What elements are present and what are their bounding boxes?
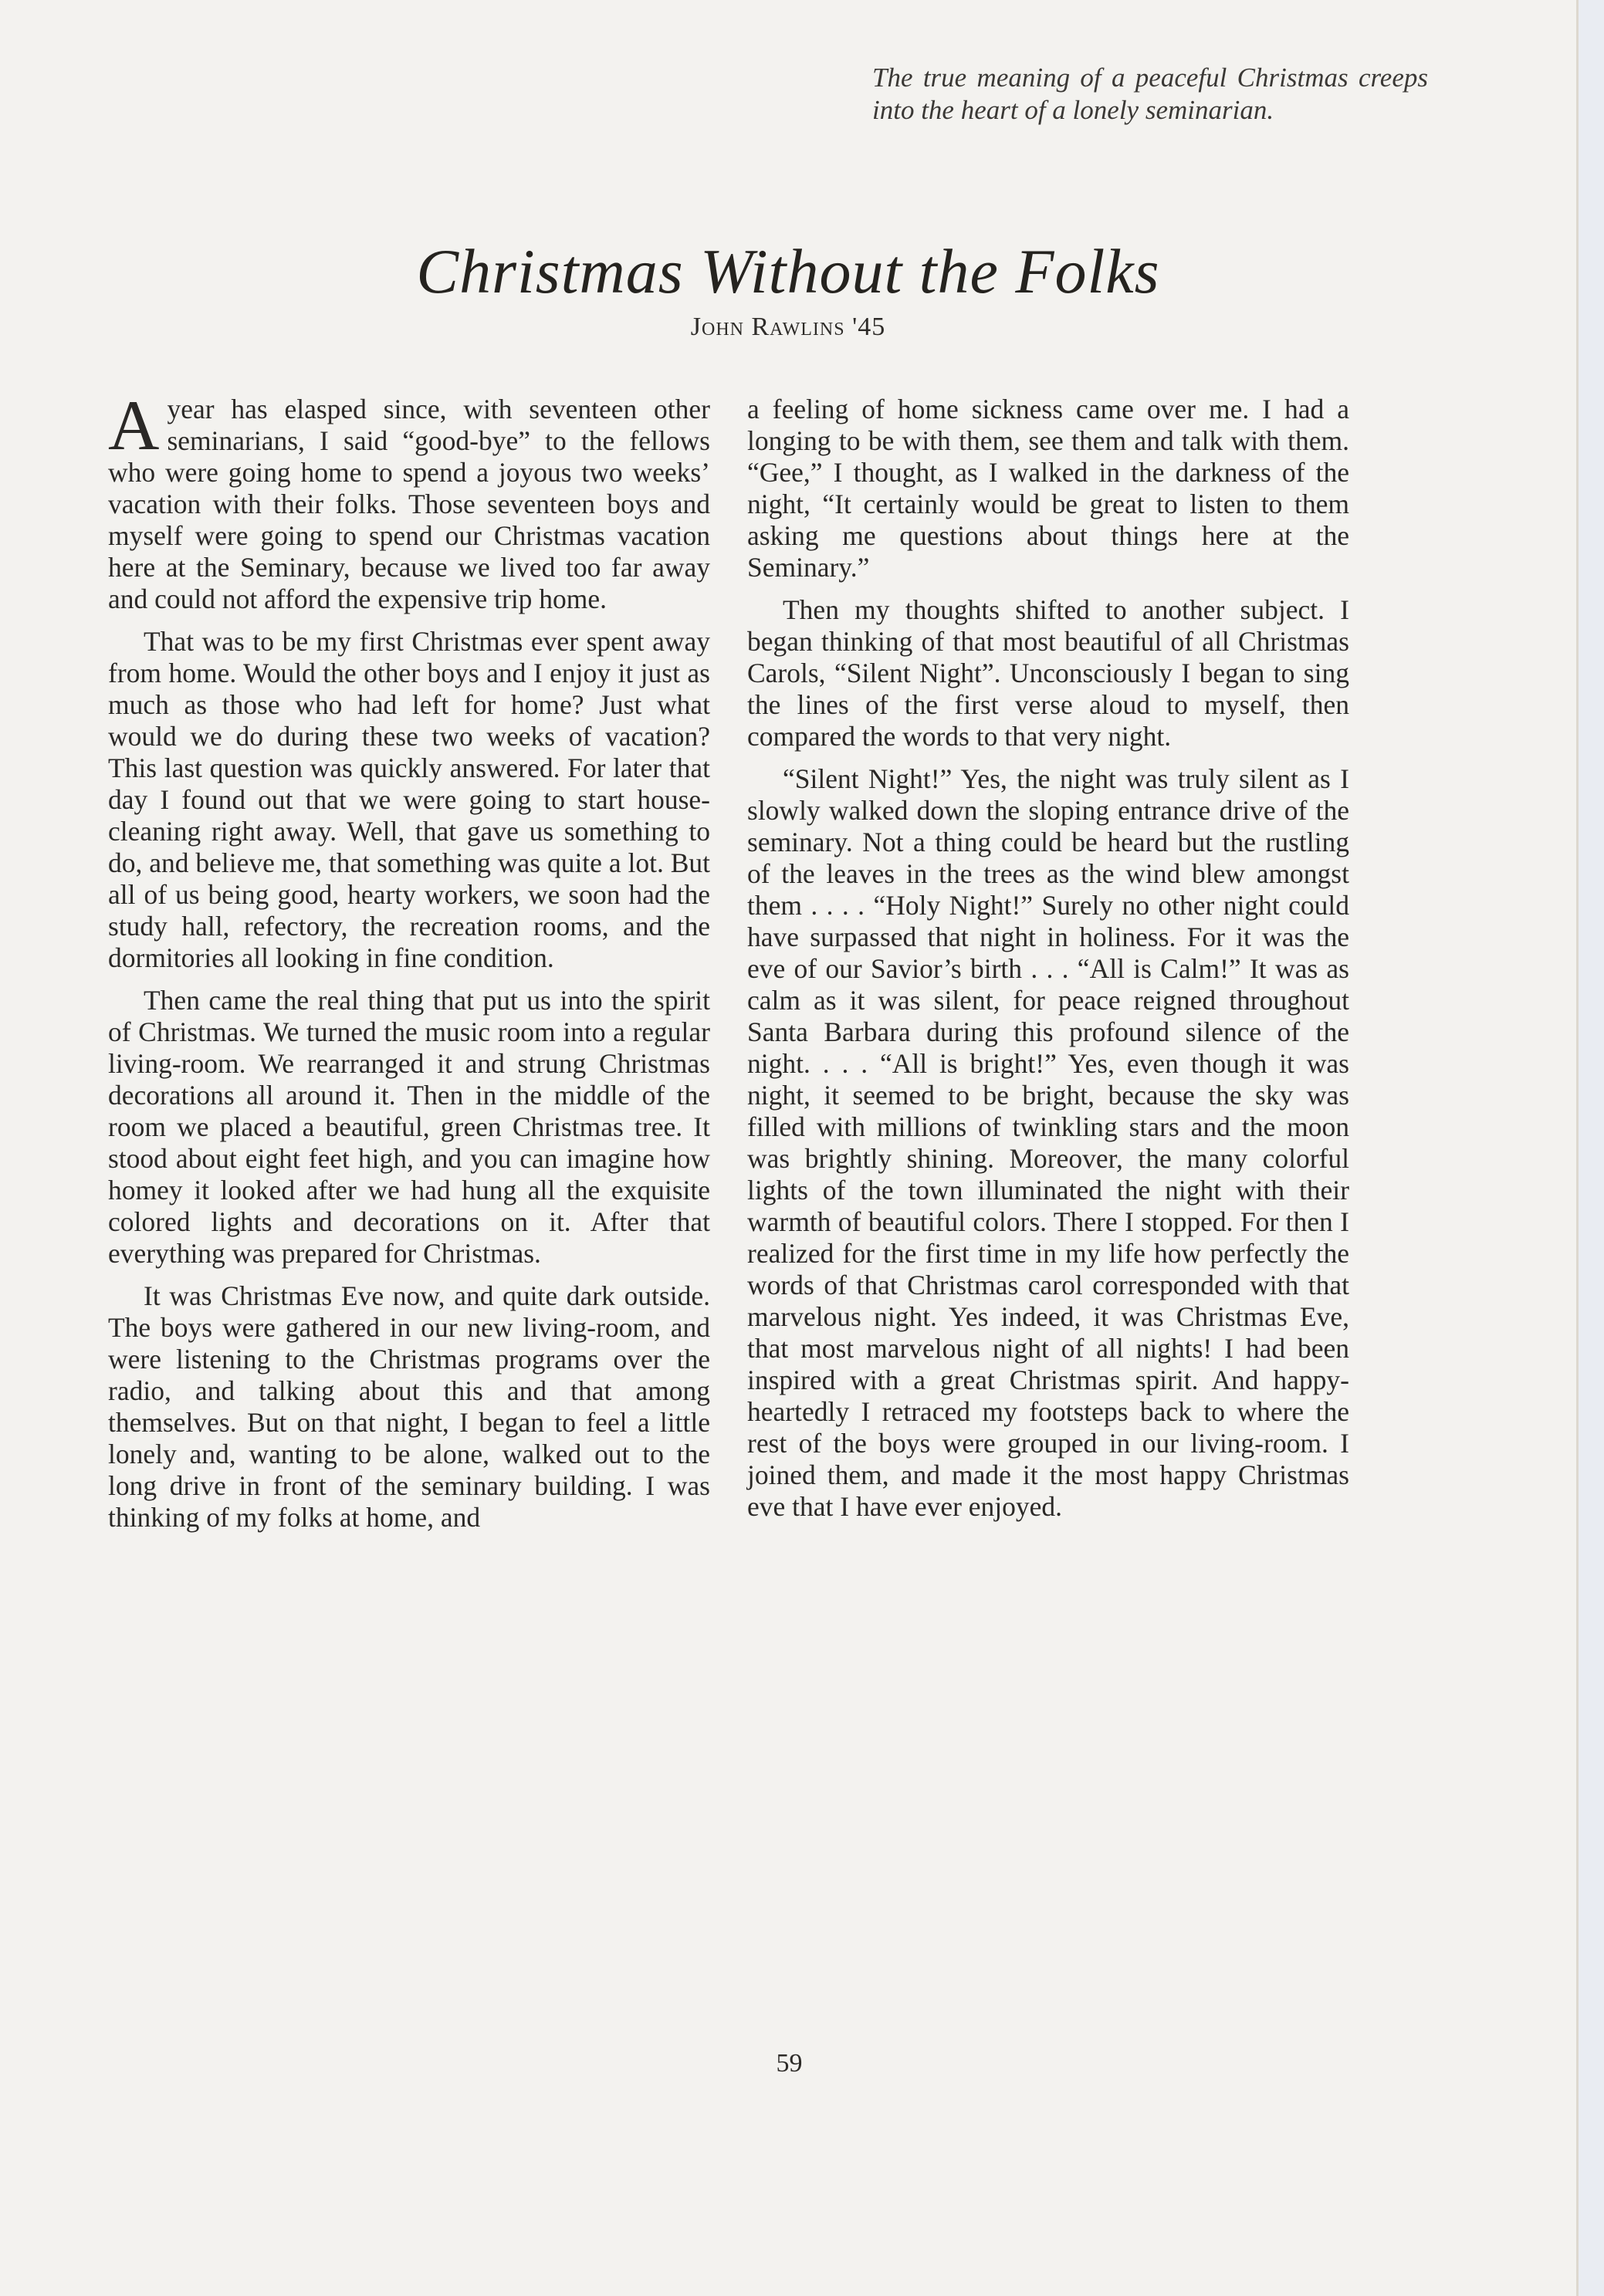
- drop-cap: A: [108, 397, 159, 454]
- paragraph: Then came the real thing that put us int…: [108, 985, 710, 1270]
- article-title: Christmas Without the Folks: [0, 235, 1576, 308]
- paragraph: Ayear has elasped since, with seventeen …: [108, 394, 710, 615]
- left-column: Ayear has elasped since, with seventeen …: [108, 394, 710, 1544]
- article-deck: The true meaning of a peaceful Christmas…: [872, 62, 1428, 127]
- paragraph: That was to be my first Christmas ever s…: [108, 626, 710, 974]
- paragraph: “Silent Night!” Yes, the night was truly…: [747, 763, 1349, 1523]
- page-number: 59: [0, 2049, 1579, 2078]
- paragraph-text: year has elasped since, with seventeen o…: [108, 394, 710, 614]
- document-page: The true meaning of a peaceful Christmas…: [0, 0, 1579, 2296]
- right-column: a feeling of home sickness came over me.…: [747, 394, 1349, 1533]
- paragraph: It was Christmas Eve now, and quite dark…: [108, 1280, 710, 1533]
- paragraph: a feeling of home sickness came over me.…: [747, 394, 1349, 583]
- author-byline: John Rawlins '45: [0, 313, 1576, 342]
- paragraph: Then my thoughts shifted to another subj…: [747, 594, 1349, 752]
